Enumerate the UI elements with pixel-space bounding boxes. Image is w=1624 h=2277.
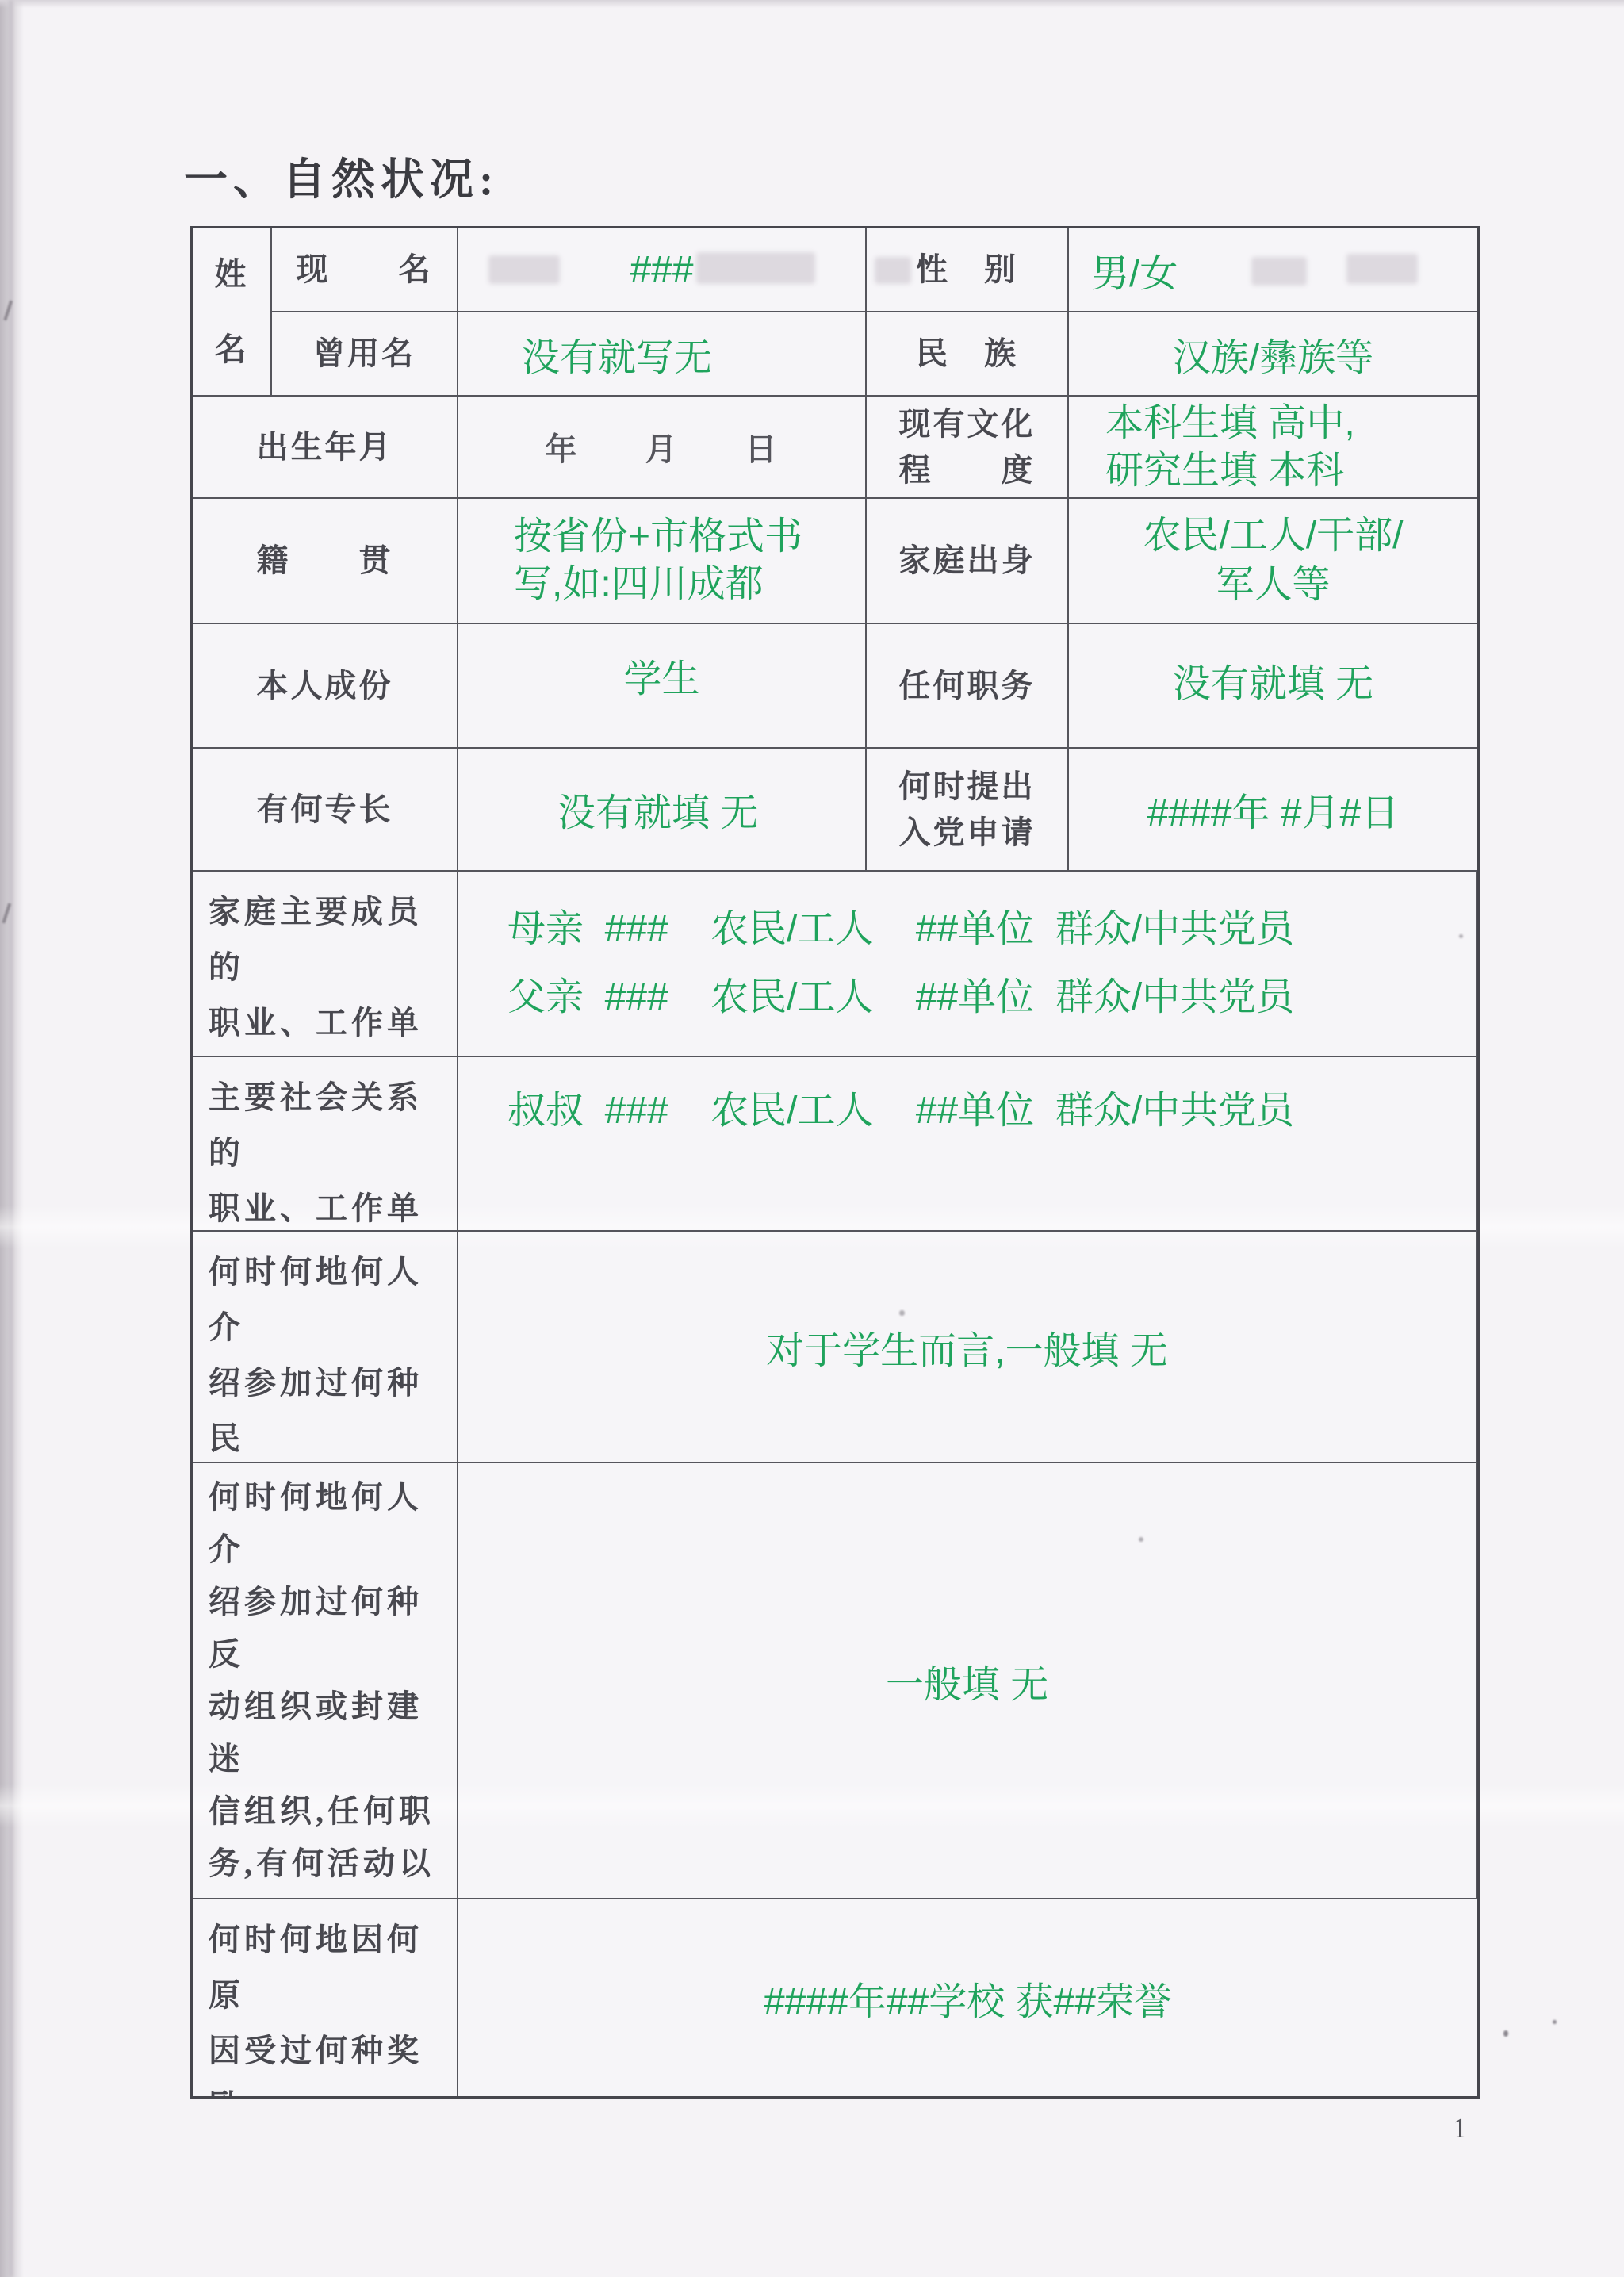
- cell-current-name-label: 现 名: [272, 228, 458, 312]
- bleed-through-artifact: [875, 257, 911, 284]
- bleed-through-artifact: [488, 255, 560, 284]
- cell-application-date-label: 何时提出 入党申请: [867, 749, 1069, 872]
- current-name-label: 现 名: [297, 247, 433, 293]
- annotation-native-place: 按省份+市格式书 写,如:四川成都: [514, 513, 802, 608]
- annotation-current-name: ###: [630, 248, 693, 292]
- annotation-family-members: 母亲 ### 农民/工人 ##单位 群众/中共党员 父亲 ### 农民/工人 #…: [507, 895, 1294, 1032]
- cell-education-value: 本科生填 高中, 研究生填 本科: [1069, 397, 1477, 499]
- cell-ethnicity-label: 民 族: [867, 312, 1069, 397]
- bleed-through-artifact: [696, 252, 815, 284]
- reactionary-org-label: 何时何地何人介 绍参加过何种反 动组织或封建迷 信组织,任何职 务,有何活动以 …: [193, 1463, 457, 1899]
- cell-birthdate-label: 出生年月: [193, 397, 458, 499]
- cell-native-place-label: 籍 贯: [193, 499, 458, 624]
- birthdate-printed-placeholders: 年 月 日: [546, 424, 779, 470]
- former-name-label: 曾用名: [313, 331, 416, 377]
- position-label: 任何职务: [899, 663, 1036, 709]
- cell-personal-status-label: 本人成份: [193, 624, 458, 749]
- annotation-personal-status: 学生: [623, 648, 699, 703]
- cell-former-name-label: 曾用名: [272, 312, 458, 397]
- cell-name-group-label: 姓 名: [193, 228, 272, 397]
- cell-family-origin-value: 农民/工人/干部/ 军人等: [1069, 499, 1477, 624]
- cell-specialty-value: 没有就填 无: [458, 749, 867, 872]
- annotation-gender: 男/女: [1091, 243, 1178, 297]
- cell-personal-status-value: 学生: [458, 624, 867, 749]
- name-label-top: 姓: [215, 251, 249, 297]
- cell-family-members-value: 母亲 ### 农民/工人 ##单位 群众/中共党员 父亲 ### 农民/工人 #…: [458, 872, 1477, 1057]
- cell-specialty-label: 有何专长: [193, 749, 458, 872]
- annotation-application-date: ####年 #月#日: [1147, 782, 1400, 837]
- cell-ethnicity-value: 汉族/彝族等: [1069, 312, 1477, 397]
- cell-social-relations-value: 叔叔 ### 农民/工人 ##单位 群众/中共党员: [458, 1057, 1477, 1232]
- social-relations-label: 主要社会关系的 职业、工作单位 和政治情况: [193, 1057, 457, 1232]
- cell-family-members-label: 家庭主要成员的 职业、工作单位 和政治情况: [193, 872, 458, 1057]
- cell-family-origin-label: 家庭出身: [867, 499, 1069, 624]
- scan-speck: [1553, 2020, 1557, 2024]
- gender-label: 性 别: [916, 247, 1018, 293]
- cell-gender-value: 男/女: [1069, 228, 1477, 312]
- rewards-label: 何时何地因何原 因受过何种奖励 或处分: [193, 1899, 457, 2096]
- scanned-form-page: 一、自然状况: 姓 名 现 名 ### 性 别 男/女 曾用名: [0, 0, 1624, 2277]
- annotation-family-origin: 农民/工人/干部/ 军人等: [1143, 512, 1403, 610]
- cell-gender-label: 性 别: [867, 228, 1069, 312]
- annotation-specialty: 没有就填 无: [557, 782, 758, 837]
- personal-status-label: 本人成份: [257, 663, 393, 709]
- cell-democratic-party-value: 对于学生而言,一般填 无: [458, 1232, 1477, 1463]
- cell-native-place-value: 按省份+市格式书 写,如:四川成都: [458, 499, 867, 624]
- bleed-through-artifact: [1251, 257, 1307, 286]
- cell-education-label: 现有文化 程 度: [867, 397, 1069, 499]
- cell-position-label: 任何职务: [867, 624, 1069, 749]
- cell-birthdate-value: 年 月 日: [458, 397, 867, 499]
- annotation-former-name: 没有就写无: [522, 327, 712, 381]
- ethnicity-label: 民 族: [916, 331, 1018, 377]
- page-number: 1: [1453, 2111, 1467, 2145]
- cell-reactionary-org-value: 一般填 无: [458, 1463, 1477, 1899]
- section-title: 一、自然状况:: [184, 144, 499, 207]
- birthdate-label: 出生年月: [257, 424, 393, 470]
- education-label: 现有文化 程 度: [899, 401, 1036, 493]
- native-place-label: 籍 贯: [257, 538, 393, 584]
- family-origin-label: 家庭出身: [899, 538, 1036, 584]
- cell-application-date-value: ####年 #月#日: [1069, 749, 1477, 872]
- cell-current-name-value: ###: [458, 228, 867, 312]
- annotation-position: 没有就填 无: [1173, 653, 1373, 707]
- cell-social-relations-label: 主要社会关系的 职业、工作单位 和政治情况: [193, 1057, 458, 1232]
- democratic-party-label: 何时何地何人介 绍参加过何种民 主党派或进步团 体,任何职务: [193, 1232, 457, 1463]
- annotation-democratic-party: 对于学生而言,一般填 无: [766, 1320, 1168, 1374]
- annotation-rewards: ####年##学校 获##荣誉: [764, 1971, 1172, 2026]
- scan-speck: [1503, 2030, 1508, 2037]
- application-date-label: 何时提出 入党申请: [899, 764, 1036, 856]
- cell-rewards-value: ####年##学校 获##荣誉: [458, 1899, 1477, 2096]
- page-top-edge-shadow: [0, 0, 1624, 8]
- name-label-bottom: 名: [215, 327, 249, 373]
- form-table: 姓 名 现 名 ### 性 别 男/女 曾用名 没有就写无 民 族: [190, 226, 1480, 2099]
- annotation-social-relations: 叔叔 ### 农民/工人 ##单位 群众/中共党员: [507, 1079, 1294, 1134]
- page-crease: [10, 0, 13, 2277]
- cell-former-name-value: 没有就写无: [458, 312, 867, 397]
- annotation-ethnicity: 汉族/彝族等: [1173, 327, 1373, 381]
- cell-position-value: 没有就填 无: [1069, 624, 1477, 749]
- family-members-label: 家庭主要成员的 职业、工作单位 和政治情况: [193, 872, 457, 1057]
- cell-democratic-party-label: 何时何地何人介 绍参加过何种民 主党派或进步团 体,任何职务: [193, 1232, 458, 1463]
- cell-reactionary-org-label: 何时何地何人介 绍参加过何种反 动组织或封建迷 信组织,任何职 务,有何活动以 …: [193, 1463, 458, 1899]
- cell-rewards-label: 何时何地因何原 因受过何种奖励 或处分: [193, 1899, 458, 2096]
- bleed-through-artifact: [1346, 254, 1418, 284]
- specialty-label: 有何专长: [257, 787, 393, 833]
- annotation-education: 本科生填 高中, 研究生填 本科: [1105, 400, 1355, 495]
- annotation-reactionary-org: 一般填 无: [886, 1654, 1048, 1708]
